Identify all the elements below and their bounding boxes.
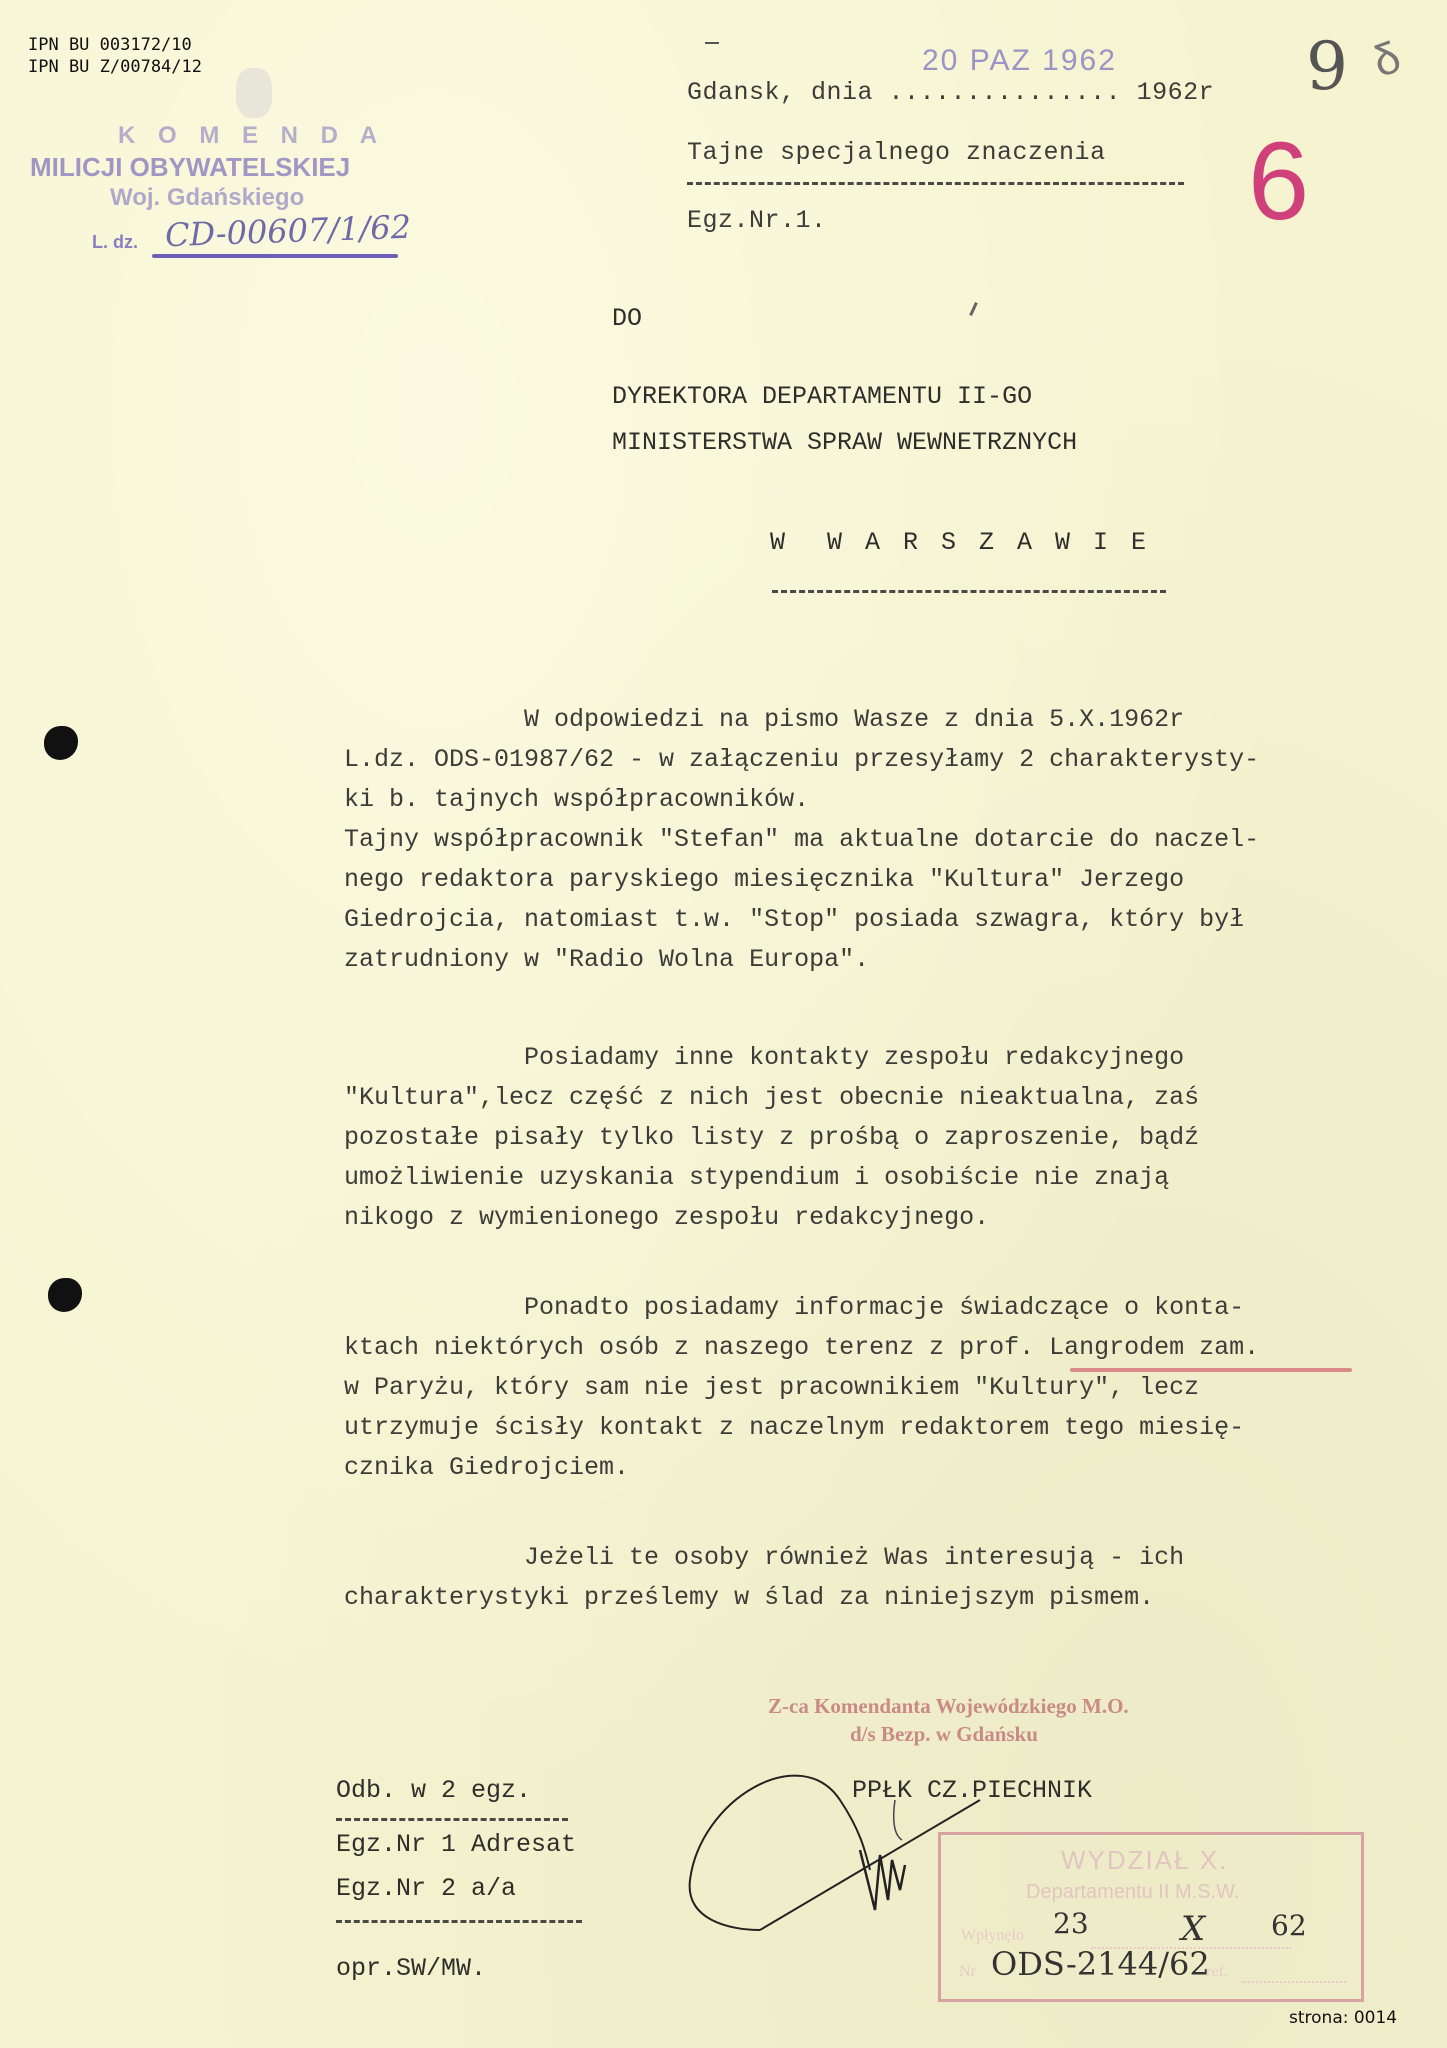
body-p3-line3: w Paryżu, który sam nie jest pracownikie… [344, 1368, 1199, 1408]
body-p2-line5: nikogo z wymienionego zespołu redakcyjne… [344, 1198, 989, 1238]
registry-stamp-subtitle: Departamentu II M.S.W. [1026, 1881, 1239, 1904]
copy-number: Egz.Nr.1. [687, 206, 827, 235]
prepared-by: opr.SW/MW. [336, 1954, 486, 1983]
body-p4-line1: Jeżeli te osoby również Was interesują -… [344, 1538, 1184, 1578]
distribution-underline-2 [336, 1920, 582, 1923]
registry-received-label: Wpłynęło [961, 1927, 1024, 1945]
registry-number-label: Nr [959, 1963, 976, 1981]
body-p3-line2: ktach niektórych osób z naszego terenz z… [344, 1328, 1259, 1368]
body-p3-line4: utrzymuje ścisły kontakt z naczelnym red… [344, 1408, 1244, 1448]
office-stamp-line1: K O M E N D A [118, 122, 385, 150]
body-p1-line4: Tajny współpracownik "Stefan" ma aktualn… [344, 820, 1259, 860]
office-stamp-line3: Woj. Gdańskiego [110, 184, 304, 212]
body-p3-line1: Ponadto posiadamy informacje świadczące … [344, 1288, 1244, 1328]
registry-number-value: ODS-2144/62 [991, 1945, 1210, 1983]
archive-ref-2: IPN BU Z/00784/12 [28, 56, 202, 78]
body-p1-line7: zatrudniony w "Radio Wolna Europa". [344, 940, 869, 980]
registry-received-day: 23 [1053, 1907, 1089, 1940]
eagle-emblem-icon [236, 68, 272, 118]
place-date-line: Gdansk, dnia ............... 1962r [687, 78, 1214, 107]
pencil-page-number: 9 [1306, 28, 1348, 105]
body-p1-line1: W odpowiedzi na pismo Wasze z dnia 5.X.1… [344, 700, 1184, 740]
red-page-number: 6 [1248, 118, 1309, 245]
archive-ref-1: IPN BU 003172/10 [28, 34, 192, 56]
body-p1-line2: L.dz. ODS-01987/62 - w załączeniu przesy… [344, 740, 1259, 780]
received-date-stamp: 20 PAZ 1962 [922, 44, 1117, 78]
registry-received-year: 62 [1271, 1909, 1307, 1942]
body-p4-line2: charakterystyki prześlemy w ślad za nini… [344, 1578, 1154, 1618]
body-p2-line3: pozostałe pisały tylko listy z prośbą o … [344, 1118, 1199, 1158]
distribution-copy1: Egz.Nr 1 Adresat [336, 1830, 576, 1859]
addressee-line2: MINISTERSTWA SPRAW WEWNETRZNYCH [612, 428, 1077, 457]
addressee-line1: DYREKTORA DEPARTAMENTU II-GO [612, 382, 1032, 411]
classification-label: Tajne specjalnego znaczenia [687, 138, 1106, 167]
office-stamp-ldz-label: L. dz. [92, 232, 138, 253]
body-p2-line2: "Kultura",lecz część z nich jest obecnie… [344, 1078, 1199, 1118]
registry-stamp-title: WYDZIAŁ X. [1061, 1845, 1228, 1876]
office-stamp-line2: MILICJI OBYWATELSKIEJ [30, 152, 350, 183]
distribution-copies: Odb. w 2 egz. [336, 1776, 531, 1805]
body-p2-line1: Posiadamy inne kontakty zespołu redakcyj… [344, 1038, 1184, 1078]
body-p1-line3: ki b. tajnych współpracowników. [344, 780, 809, 820]
signature-stamp-line1: Z-ca Komendanta Wojewódzkiego M.O. [768, 1694, 1129, 1719]
dash-mark [705, 42, 719, 44]
distribution-copy2: Egz.Nr 2 a/a [336, 1874, 516, 1903]
classification-underline [687, 182, 1184, 185]
page-number-label: strona: 0014 [1289, 2008, 1397, 2028]
distribution-underline-1 [336, 1818, 568, 1821]
city-underline [772, 590, 1166, 593]
registry-ref-dotline [1241, 1981, 1346, 1983]
registry-received-month: X [1181, 1909, 1205, 1949]
registry-ref-label: ref. [1206, 1963, 1228, 1981]
ldz-underline [152, 254, 398, 258]
body-p3-line5: cznika Giedrojciem. [344, 1448, 629, 1488]
addressee-to: DO [612, 304, 642, 333]
body-p1-line6: Giedrojcia, natomiast t.w. "Stop" posiad… [344, 900, 1244, 940]
body-p2-line4: umożliwienie uzyskania stypendium i osob… [344, 1158, 1169, 1198]
body-p1-line5: nego redaktora paryskiego miesięcznika "… [344, 860, 1184, 900]
registry-stamp: WYDZIAŁ X. Departamentu II M.S.W. Wpłynę… [938, 1832, 1364, 2002]
addressee-city: W W A R S Z A W I E [770, 528, 1150, 557]
